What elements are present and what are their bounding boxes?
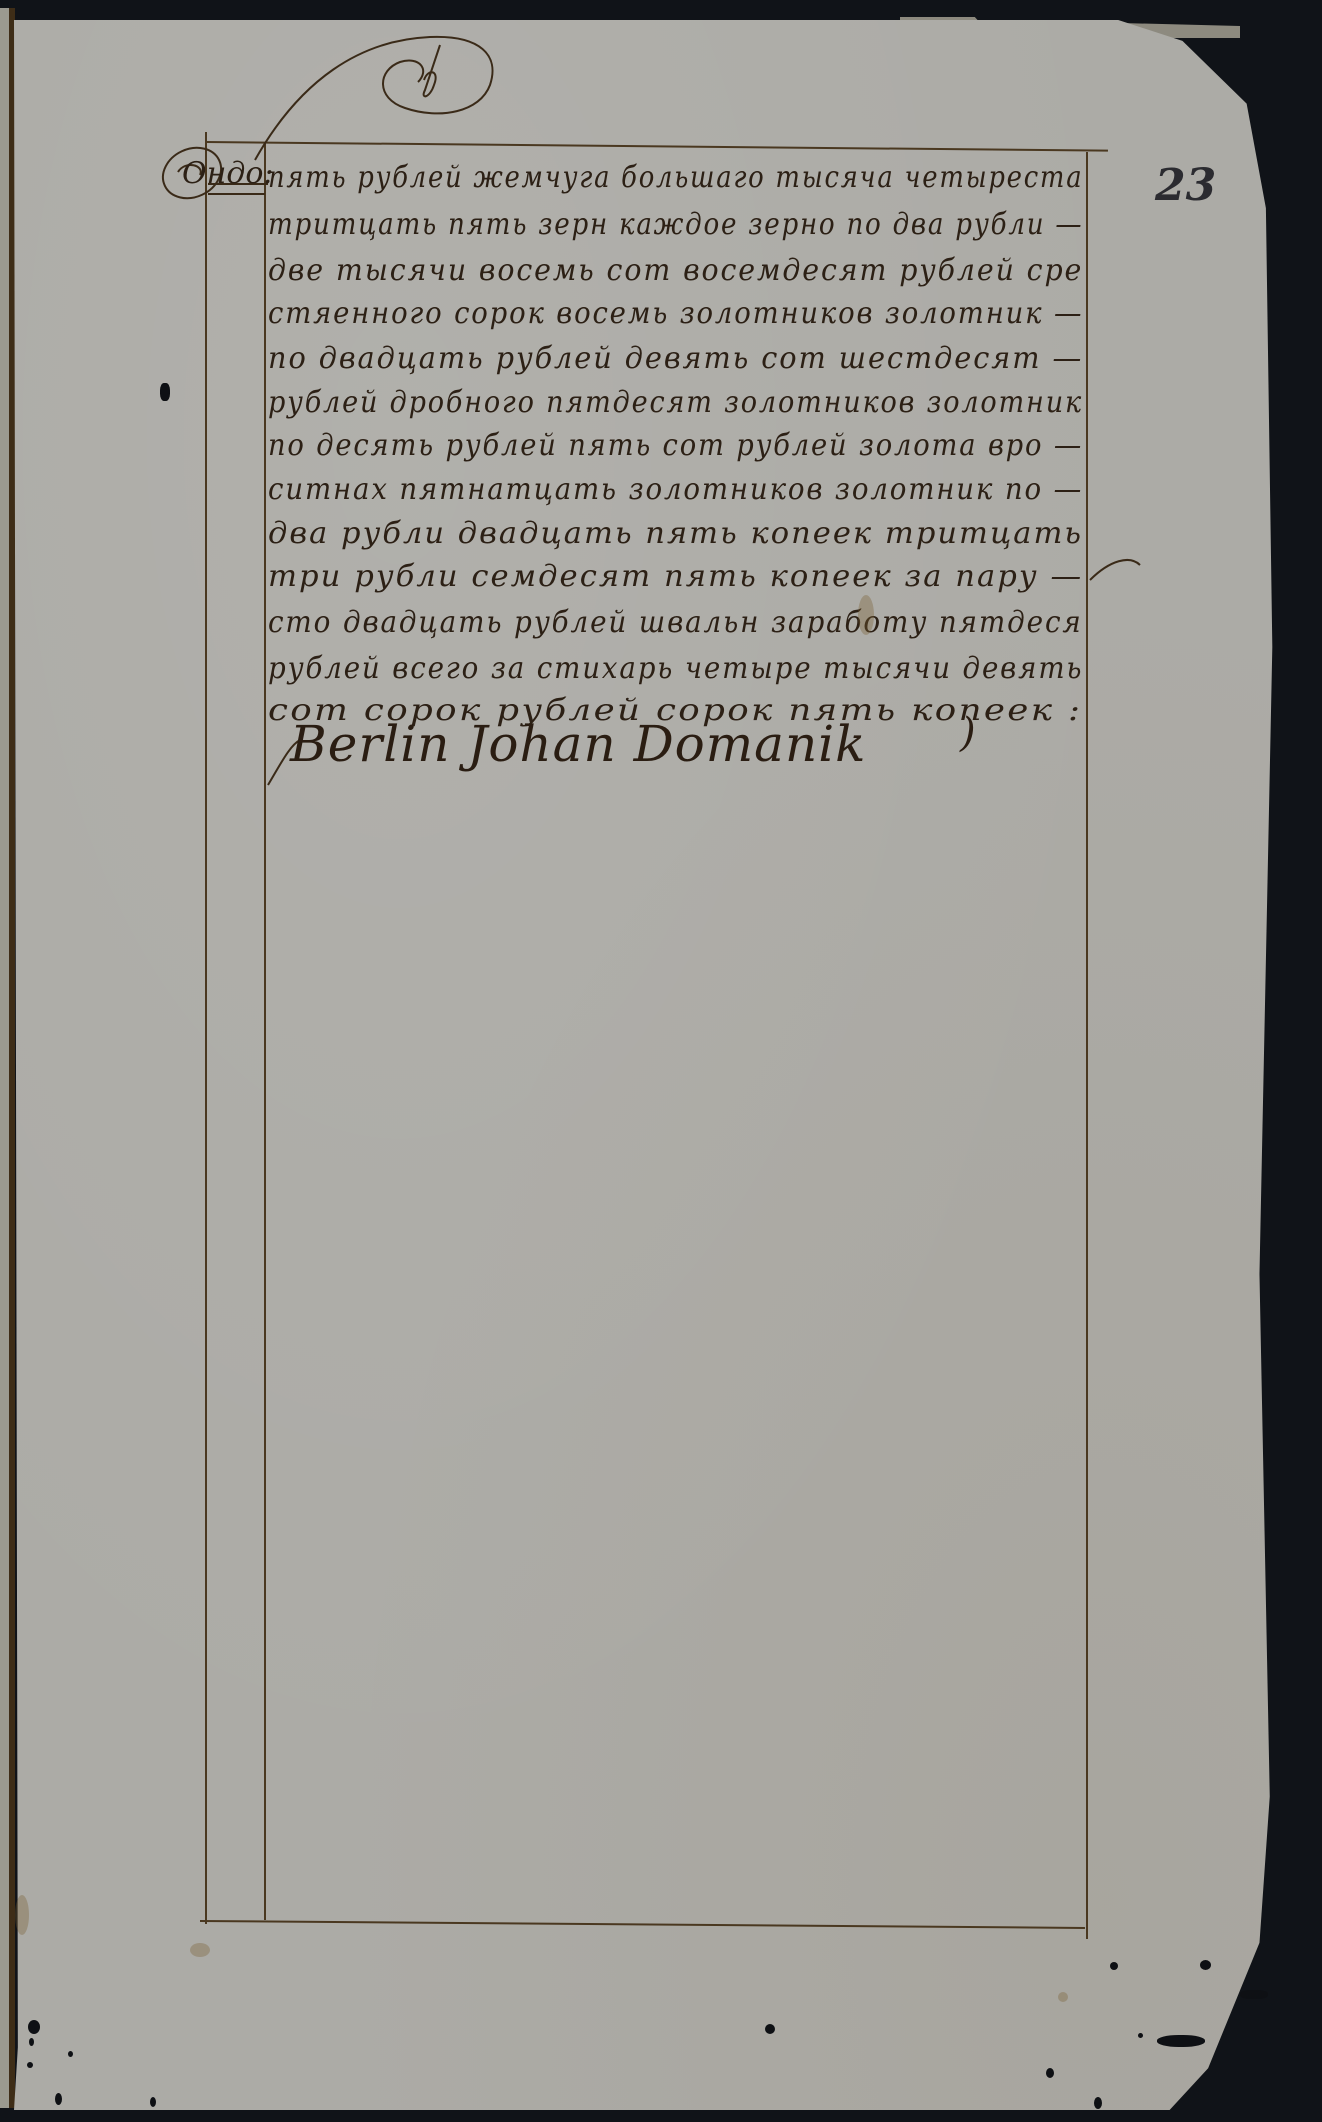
- text-line-7: по десять рублей пять сот рублей золота …: [268, 428, 1083, 463]
- wormhole: [1046, 2068, 1054, 2078]
- wormhole: [68, 2051, 73, 2057]
- wormhole: [1240, 1990, 1268, 1999]
- stain: [1058, 1992, 1068, 2002]
- text-line-1: пять рублей жемчуга большаго тысяча четы…: [268, 160, 1083, 195]
- text-line-8: ситнах пятнатцать золотников золотник по…: [268, 472, 1083, 507]
- margin-abbreviation-text: Ондо:: [182, 156, 274, 191]
- text-line-9: два рубли двадцать пять копеек тритцать: [268, 516, 1083, 551]
- wormhole: [55, 2093, 62, 2105]
- text-line-6: рублей дробного пятдесят золотников золо…: [268, 385, 1083, 420]
- text-line-3: две тысячи восемь сот восемдесят рублей …: [268, 253, 1083, 288]
- wormhole: [765, 2024, 775, 2034]
- signature: Berlin Johan Domanik: [290, 715, 866, 773]
- stain: [858, 595, 874, 635]
- wormhole: [1110, 1962, 1118, 1970]
- margin-abbreviation: Ондо:: [160, 150, 280, 200]
- stain: [190, 1943, 210, 1957]
- text-line-5: по двадцать рублей девять сот шестдесят …: [268, 341, 1083, 376]
- stain: [15, 1895, 29, 1935]
- text-line-4: стяенного сорок восемь золотников золотн…: [268, 296, 1083, 331]
- wormhole: [1200, 1960, 1211, 1970]
- wormhole: [160, 383, 170, 401]
- wormhole: [28, 2020, 40, 2034]
- wormhole: [29, 2038, 34, 2046]
- page-number: 23: [1155, 160, 1216, 211]
- wormhole: [27, 2062, 33, 2068]
- text-line-10: три рубли семдесят пять копеек за пару —: [268, 559, 1083, 594]
- wormhole: [1157, 2035, 1205, 2047]
- signature-closing-mark: ): [960, 710, 976, 756]
- wormhole: [1138, 2033, 1143, 2038]
- wormhole: [150, 2097, 156, 2107]
- text-line-2: тритцать пять зерн каждое зерно по два р…: [268, 207, 1083, 242]
- text-line-11: сто двадцать рублей швальн заработу пятд…: [268, 605, 1083, 640]
- text-line-12: рублей всего за стихарь четыре тысячи де…: [268, 651, 1083, 686]
- wormhole: [1094, 2097, 1102, 2109]
